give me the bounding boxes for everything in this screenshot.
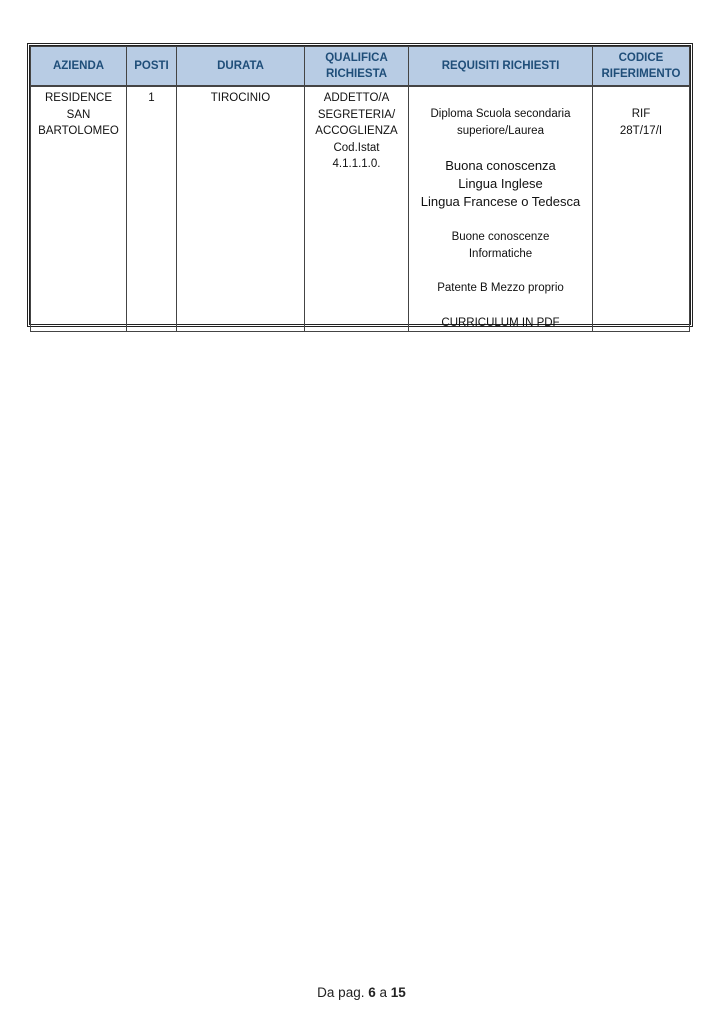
footer-total-pages: 15	[391, 985, 406, 1000]
cell-posti: 1	[127, 86, 177, 332]
codice-line: RIF	[597, 106, 685, 123]
diploma-line: superiore/Laurea	[413, 123, 588, 140]
cell-requisiti: Diploma Scuola secondaria superiore/Laur…	[409, 86, 593, 332]
header-codice: CODICE RIFERIMENTO	[593, 47, 690, 87]
qualifica-line: Cod.Istat	[309, 140, 404, 157]
qualifica-line: 4.1.1.1.0.	[309, 156, 404, 173]
cell-codice: RIF 28T/17/I	[593, 86, 690, 332]
azienda-line: BARTOLOMEO	[35, 123, 122, 140]
azienda-line: RESIDENCE	[35, 90, 122, 107]
header-codice-line: RIFERIMENTO	[597, 66, 685, 82]
diploma-line: Diploma Scuola secondaria	[413, 106, 588, 123]
qualifica-line: ADDETTO/A	[309, 90, 404, 107]
lingue-line: Buona conoscenza	[413, 157, 588, 175]
requisito-curriculum: CURRICULUM IN PDF	[413, 315, 588, 332]
job-offer-table: AZIENDA POSTI DURATA QUALIFICA RICHIESTA…	[30, 46, 690, 332]
footer-current-page: 6	[368, 985, 376, 1000]
header-qualifica-line: RICHIESTA	[309, 66, 404, 82]
requisito-patente: Patente B Mezzo proprio	[413, 280, 588, 297]
table-header-row: AZIENDA POSTI DURATA QUALIFICA RICHIESTA…	[31, 47, 690, 87]
job-offer-table-frame: AZIENDA POSTI DURATA QUALIFICA RICHIESTA…	[27, 43, 693, 327]
page-footer: Da pag. 6 a 15	[0, 985, 723, 1000]
header-azienda: AZIENDA	[31, 47, 127, 87]
requisito-informatica: Buone conoscenze Informatiche	[413, 229, 588, 262]
cell-qualifica: ADDETTO/A SEGRETERIA/ ACCOGLIENZA Cod.Is…	[305, 86, 409, 332]
informatica-line: Informatiche	[413, 246, 588, 263]
header-requisiti: REQUISITI RICHIESTI	[409, 47, 593, 87]
header-durata: DURATA	[177, 47, 305, 87]
header-qualifica: QUALIFICA RICHIESTA	[305, 47, 409, 87]
footer-separator: a	[380, 985, 388, 1000]
lingue-line: Lingua Inglese	[413, 175, 588, 193]
cell-durata: TIROCINIO	[177, 86, 305, 332]
codice-riferimento: RIF 28T/17/I	[597, 106, 685, 139]
requisito-lingue: Buona conoscenza Lingua Inglese Lingua F…	[413, 157, 588, 211]
footer-prefix: Da pag.	[317, 985, 364, 1000]
lingue-line: Lingua Francese o Tedesca	[413, 193, 588, 211]
header-codice-line: CODICE	[597, 50, 685, 66]
qualifica-line: SEGRETERIA/	[309, 107, 404, 124]
informatica-line: Buone conoscenze	[413, 229, 588, 246]
header-qualifica-line: QUALIFICA	[309, 50, 404, 66]
table-row: RESIDENCE SAN BARTOLOMEO 1 TIROCINIO ADD…	[31, 86, 690, 332]
header-posti: POSTI	[127, 47, 177, 87]
cell-azienda: RESIDENCE SAN BARTOLOMEO	[31, 86, 127, 332]
azienda-line: SAN	[35, 107, 122, 124]
requisito-diploma: Diploma Scuola secondaria superiore/Laur…	[413, 106, 588, 139]
codice-line: 28T/17/I	[597, 123, 685, 140]
qualifica-line: ACCOGLIENZA	[309, 123, 404, 140]
